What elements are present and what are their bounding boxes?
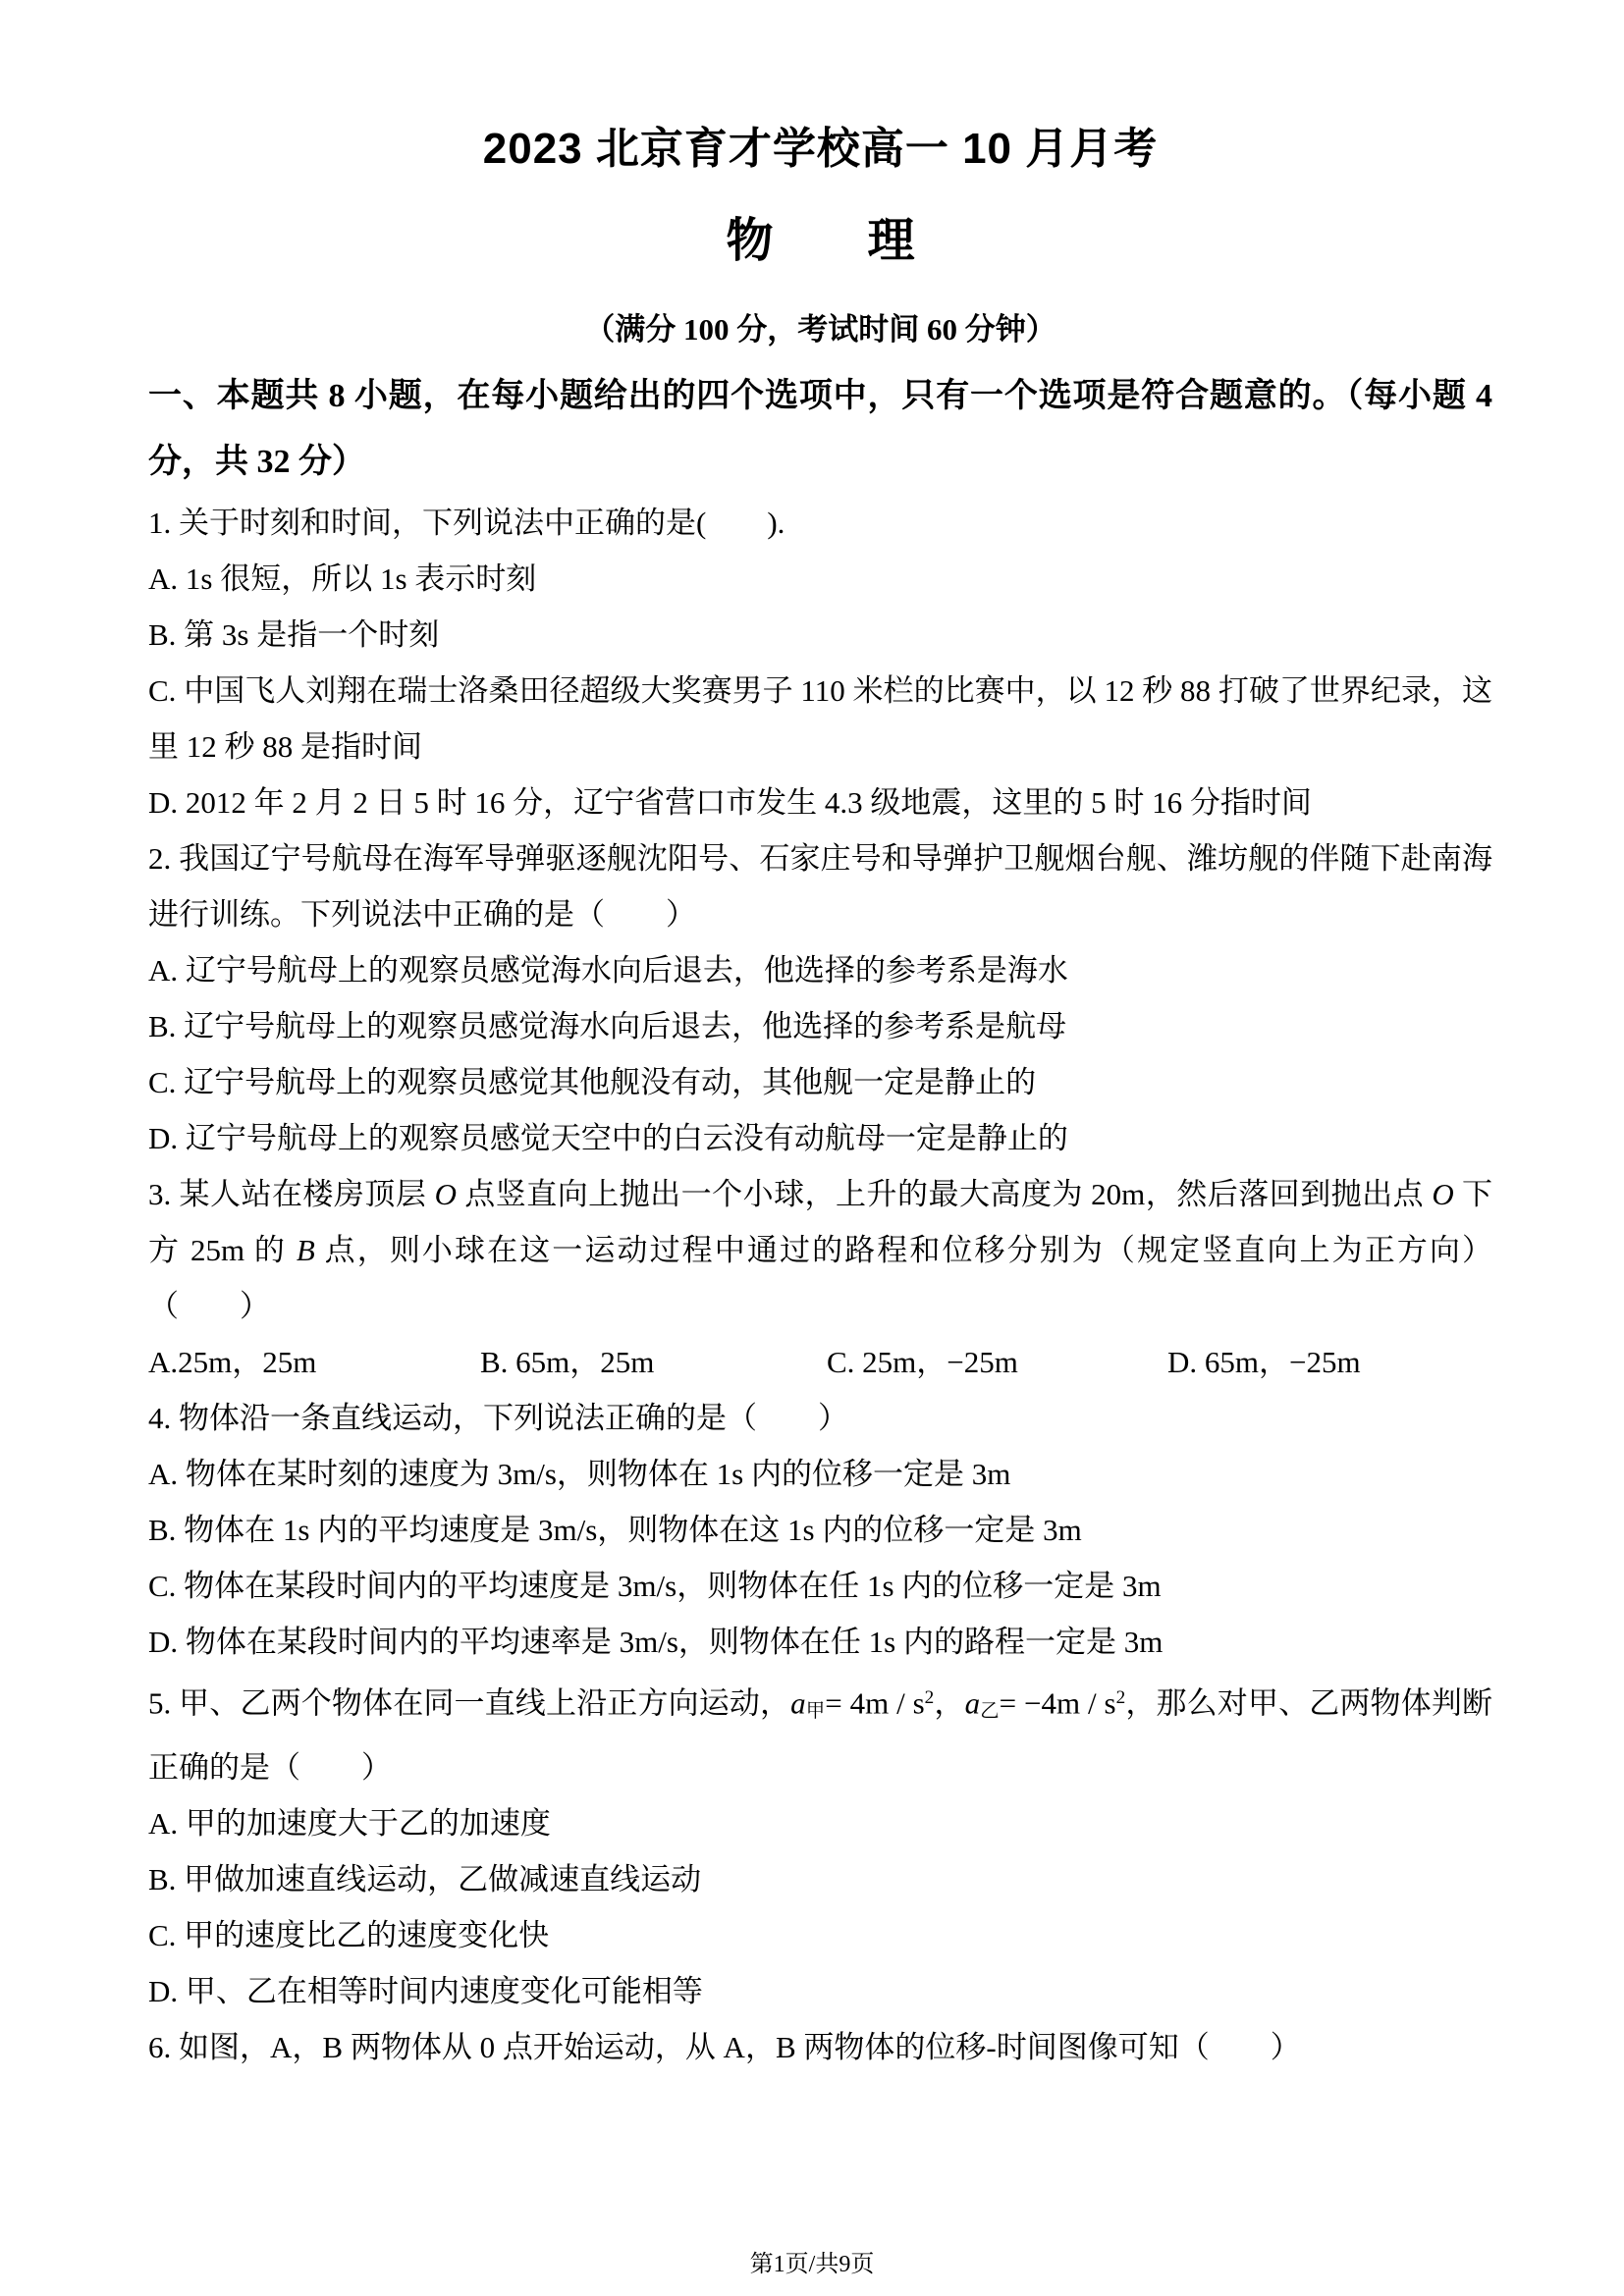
option-item: B. 甲做加速直线运动，乙做减速直线运动 [148, 1851, 1492, 1907]
option-item: D. 物体在某段时间内的平均速率是 3m/s，则物体在任 1s 内的路程一定是 … [148, 1614, 1492, 1670]
exam-info: （满分 100 分，考试时间 60 分钟） [148, 310, 1492, 349]
option-item: A. 1s 很短，所以 1s 表示时刻 [148, 551, 1492, 607]
option-item: A. 物体在某时刻的速度为 3m/s，则物体在 1s 内的位移一定是 3m [148, 1446, 1492, 1502]
question-stem: 6. 如图，A，B 两物体从 0 点开始运动，从 A，B 两物体的位移-时间图像… [148, 2019, 1492, 2075]
question-stem: 4. 物体沿一条直线运动，下列说法正确的是（ ） [148, 1390, 1492, 1446]
question-2: 2. 我国辽宁号航母在海军导弹驱逐舰沈阳号、石家庄号和导弹护卫舰烟台舰、潍坊舰的… [148, 830, 1492, 1166]
question-5: 5. 甲、乙两个物体在同一直线上沿正方向运动，a甲= 4m / s2，a乙= −… [148, 1670, 1492, 2019]
option-item: B. 物体在 1s 内的平均速度是 3m/s，则物体在这 1s 内的位移一定是 … [148, 1502, 1492, 1558]
question-6: 6. 如图，A，B 两物体从 0 点开始运动，从 A，B 两物体的位移-时间图像… [148, 2019, 1492, 2075]
option-item: D. 辽宁号航母上的观察员感觉天空中的白云没有动航母一定是静止的 [148, 1110, 1492, 1166]
option-item: D. 65m，−25m [1167, 1334, 1361, 1390]
option-item: A. 甲的加速度大于乙的加速度 [148, 1795, 1492, 1851]
option-item: C. 物体在某段时间内的平均速度是 3m/s，则物体在任 1s 内的位移一定是 … [148, 1558, 1492, 1614]
option-item: D. 甲、乙在相等时间内速度变化可能相等 [148, 1963, 1492, 2019]
option-item: D. 2012 年 2 月 2 日 5 时 16 分，辽宁省营口市发生 4.3 … [148, 774, 1492, 830]
page-footer: 第1页/共9页 [0, 2250, 1624, 2279]
question-stem: 5. 甲、乙两个物体在同一直线上沿正方向运动，a甲= 4m / s2，a乙= −… [148, 1670, 1492, 1795]
question-stem: 2. 我国辽宁号航母在海军导弹驱逐舰沈阳号、石家庄号和导弹护卫舰烟台舰、潍坊舰的… [148, 830, 1492, 942]
section-heading: 一、本题共 8 小题，在每小题给出的四个选项中，只有一个选项是符合题意的。（每小… [148, 363, 1492, 495]
question-list: 1. 关于时刻和时间，下列说法中正确的是( ). A. 1s 很短，所以 1s … [148, 495, 1492, 2075]
options-row: A.25m，25m B. 65m，25m C. 25m，−25m D. 65m，… [148, 1334, 1492, 1390]
option-item: C. 甲的速度比乙的速度变化快 [148, 1907, 1492, 1963]
option-item: B. 辽宁号航母上的观察员感觉海水向后退去，他选择的参考系是航母 [148, 998, 1492, 1054]
question-stem: 3. 某人站在楼房顶层 O 点竖直向上抛出一个小球，上升的最大高度为 20m，然… [148, 1166, 1492, 1334]
option-item: A.25m，25m [148, 1334, 316, 1390]
page-title: 2023 北京育才学校高一 10 月月考 [148, 118, 1492, 181]
subject-title: 物 理 [148, 210, 1492, 273]
question-3: 3. 某人站在楼房顶层 O 点竖直向上抛出一个小球，上升的最大高度为 20m，然… [148, 1166, 1492, 1390]
option-item: C. 中国飞人刘翔在瑞士洛桑田径超级大奖赛男子 110 米栏的比赛中，以 12 … [148, 663, 1492, 774]
option-item: C. 辽宁号航母上的观察员感觉其他舰没有动，其他舰一定是静止的 [148, 1054, 1492, 1110]
question-4: 4. 物体沿一条直线运动，下列说法正确的是（ ） A. 物体在某时刻的速度为 3… [148, 1390, 1492, 1670]
exam-paper-page: 2023 北京育才学校高一 10 月月考 物 理 （满分 100 分，考试时间 … [0, 0, 1624, 2296]
option-item: A. 辽宁号航母上的观察员感觉海水向后退去，他选择的参考系是海水 [148, 942, 1492, 998]
option-item: B. 第 3s 是指一个时刻 [148, 607, 1492, 663]
question-1: 1. 关于时刻和时间，下列说法中正确的是( ). A. 1s 很短，所以 1s … [148, 495, 1492, 830]
option-item: B. 65m，25m [480, 1334, 654, 1390]
page-content: 2023 北京育才学校高一 10 月月考 物 理 （满分 100 分，考试时间 … [148, 0, 1492, 2075]
option-item: C. 25m，−25m [827, 1334, 1018, 1390]
question-stem: 1. 关于时刻和时间，下列说法中正确的是( ). [148, 495, 1492, 551]
